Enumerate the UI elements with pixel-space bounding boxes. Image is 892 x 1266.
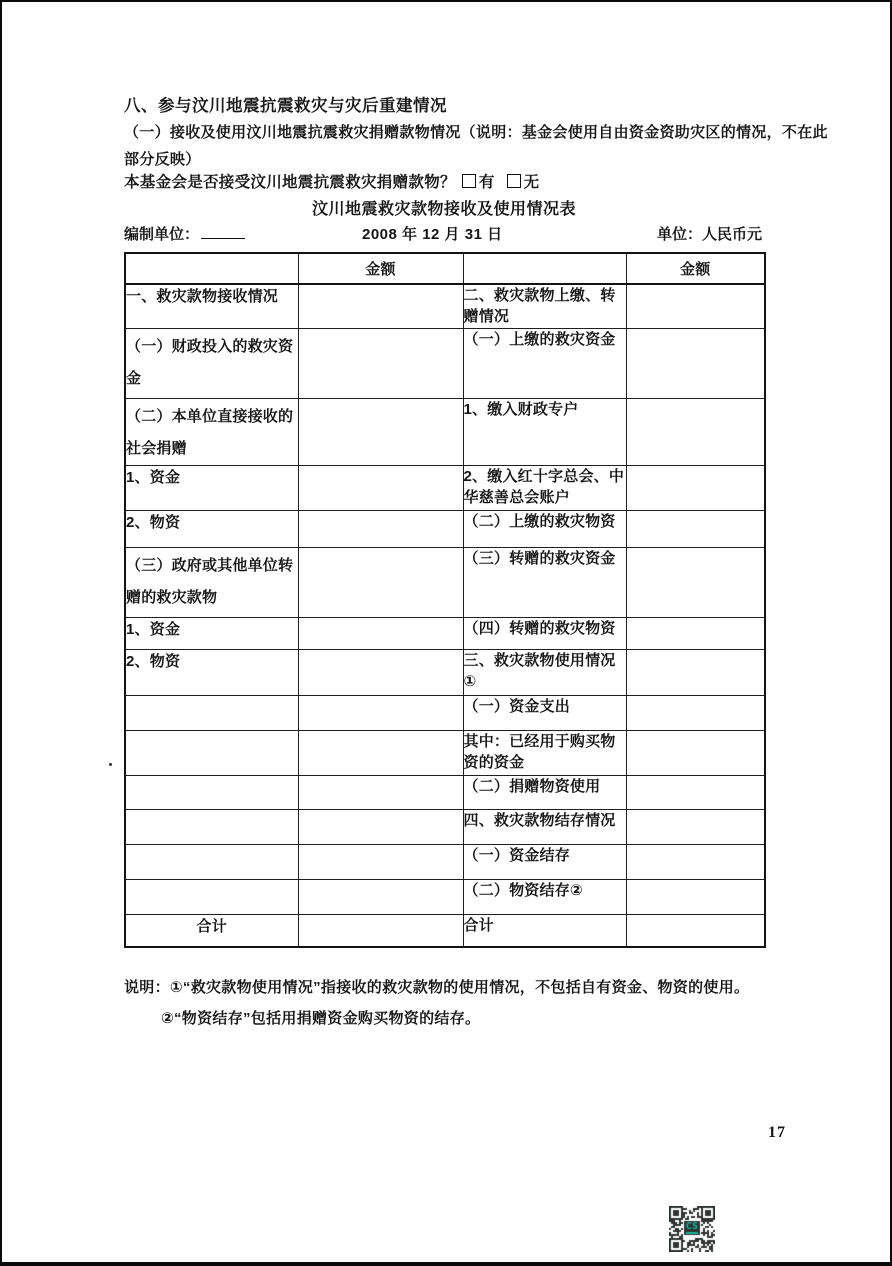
amount-cell-right: [626, 879, 765, 914]
amount-cell-right: [626, 844, 765, 879]
row-label-right: 其中：已经用于购买物资的资金: [463, 730, 626, 775]
row-label-right: （三）转赠的救灾资金: [463, 547, 626, 617]
amount-cell-left: [298, 328, 463, 398]
intro-paragraph-line1: （一）接收及使用汶川地震抗震救灾捐赠款物情况（说明：基金会使用自由资金资助灾区的…: [124, 121, 828, 142]
row-label-right: （四）转赠的救灾物资: [463, 617, 626, 649]
table-row: （二）捐赠物资使用: [125, 775, 765, 809]
row-label-left: [125, 730, 298, 775]
row-label-left: 2、物资: [125, 649, 298, 695]
amount-cell-right: [626, 730, 765, 775]
currency-unit-label: 单位：人民币元: [657, 223, 762, 244]
amount-cell-right: [626, 510, 765, 547]
amount-cell-left: [298, 398, 463, 465]
amount-cell-right: [626, 617, 765, 649]
row-label-left: （三）政府或其他单位转赠的救灾款物: [125, 547, 298, 617]
checkbox-no[interactable]: [507, 174, 521, 188]
table-row: （一）资金支出: [125, 695, 765, 730]
row-label-right: （二）上缴的救灾物资: [463, 510, 626, 547]
row-label-left: （一）财政投入的救灾资金: [125, 328, 298, 398]
amount-cell-left: [298, 547, 463, 617]
note-1: 说明：①“救灾款物使用情况”指接收的救灾款物的使用情况，不包括自有资金、物资的使…: [124, 972, 749, 1003]
notes-block: 说明：①“救灾款物使用情况”指接收的救灾款物的使用情况，不包括自有资金、物资的使…: [124, 972, 749, 1034]
table-row: 2、物资三、救灾款物使用情况①: [125, 649, 765, 695]
amount-cell-right: [626, 328, 765, 398]
row-label-right: 2、缴入红十字总会、中华慈善总会账户: [463, 465, 626, 510]
report-date: 2008 年 12 月 31 日: [362, 223, 503, 244]
table-title: 汶川地震救灾款物接收及使用情况表: [124, 196, 764, 219]
table-row: 一、救灾款物接收情况二、救灾款物上缴、转赠情况: [125, 284, 765, 328]
checkbox-yes[interactable]: [462, 174, 476, 188]
row-label-left: [125, 809, 298, 844]
amount-cell-left: [298, 695, 463, 730]
prepared-by-label: 编制单位：: [124, 223, 245, 244]
amount-cell-right: [626, 284, 765, 328]
row-label-left: （二）本单位直接接收的社会捐赠: [125, 398, 298, 465]
amount-cell-right: [626, 547, 765, 617]
row-label-left: 合计: [125, 914, 298, 947]
acceptance-question-line: 本基金会是否接受汶川地震抗震救灾捐赠款物？有无: [124, 170, 539, 192]
relief-funds-table: 金额 金额 一、救灾款物接收情况二、救灾款物上缴、转赠情况（一）财政投入的救灾资…: [124, 252, 766, 948]
amount-cell-left: [298, 879, 463, 914]
section-title: 八、参与汶川地震抗震救灾与灾后重建情况: [124, 92, 447, 116]
row-label-left: 1、资金: [125, 465, 298, 510]
table-row: （一）资金结存: [125, 844, 765, 879]
note-2: ②“物资结存”包括用捐赠资金购买物资的结存。: [124, 1003, 749, 1034]
checkbox-no-label: 无: [524, 174, 540, 191]
qr-code: [669, 1206, 715, 1252]
prepared-by-blank: [201, 225, 245, 239]
table-row: 2、物资（二）上缴的救灾物资: [125, 510, 765, 547]
table-row: （二）本单位直接接收的社会捐赠1、缴入财政专户: [125, 398, 765, 465]
row-label-right: （二）物资结存②: [463, 879, 626, 914]
scanned-document-page: 八、参与汶川地震抗震救灾与灾后重建情况 （一）接收及使用汶川地震抗震救灾捐赠款物…: [0, 0, 892, 1266]
table-header-row: 金额 金额: [125, 253, 765, 284]
row-label-right: 1、缴入财政专户: [463, 398, 626, 465]
acceptance-question-text: 本基金会是否接受汶川地震抗震救灾捐赠款物？: [124, 174, 456, 191]
amount-cell-left: [298, 617, 463, 649]
row-label-right: 三、救灾款物使用情况①: [463, 649, 626, 695]
scan-speck: [109, 763, 112, 766]
row-label-right: （一）上缴的救灾资金: [463, 328, 626, 398]
row-label-left: [125, 695, 298, 730]
table-row: 1、资金（四）转赠的救灾物资: [125, 617, 765, 649]
row-label-left: 2、物资: [125, 510, 298, 547]
table-row: 四、救灾款物结存情况: [125, 809, 765, 844]
table-row: 其中：已经用于购买物资的资金: [125, 730, 765, 775]
amount-cell-left: [298, 775, 463, 809]
row-label-right: 二、救灾款物上缴、转赠情况: [463, 284, 626, 328]
row-label-right: （一）资金支出: [463, 695, 626, 730]
row-label-right: （一）资金结存: [463, 844, 626, 879]
amount-cell-right: [626, 649, 765, 695]
amount-cell-left: [298, 510, 463, 547]
amount-cell-left: [298, 809, 463, 844]
amount-cell-left: [298, 730, 463, 775]
amount-cell-right: [626, 465, 765, 510]
table-row: （三）政府或其他单位转赠的救灾款物（三）转赠的救灾资金: [125, 547, 765, 617]
header-cell-blank-left: [125, 253, 298, 284]
row-label-left: 1、资金: [125, 617, 298, 649]
table-row: （一）财政投入的救灾资金（一）上缴的救灾资金: [125, 328, 765, 398]
header-cell-amount-right: 金额: [626, 253, 765, 284]
amount-cell-left: [298, 649, 463, 695]
intro-paragraph-line2: 部分反映）: [124, 148, 201, 169]
amount-cell-left: [298, 844, 463, 879]
amount-cell-right: [626, 775, 765, 809]
row-label-right: （二）捐赠物资使用: [463, 775, 626, 809]
header-cell-blank-right: [463, 253, 626, 284]
table-row: （二）物资结存②: [125, 879, 765, 914]
row-label-right: 合计: [463, 914, 626, 947]
amount-cell-right: [626, 695, 765, 730]
row-label-right: 四、救灾款物结存情况: [463, 809, 626, 844]
row-label-left: [125, 775, 298, 809]
row-label-left: 一、救灾款物接收情况: [125, 284, 298, 328]
amount-cell-right: [626, 914, 765, 947]
amount-cell-right: [626, 398, 765, 465]
amount-cell-left: [298, 914, 463, 947]
amount-cell-left: [298, 465, 463, 510]
amount-cell-left: [298, 284, 463, 328]
header-cell-amount-left: 金额: [298, 253, 463, 284]
amount-cell-right: [626, 809, 765, 844]
page-number: 17: [768, 1124, 786, 1142]
row-label-left: [125, 844, 298, 879]
table-row: 1、资金2、缴入红十字总会、中华慈善总会账户: [125, 465, 765, 510]
row-label-left: [125, 879, 298, 914]
checkbox-yes-label: 有: [479, 174, 495, 191]
table-row: 合计合计: [125, 914, 765, 947]
